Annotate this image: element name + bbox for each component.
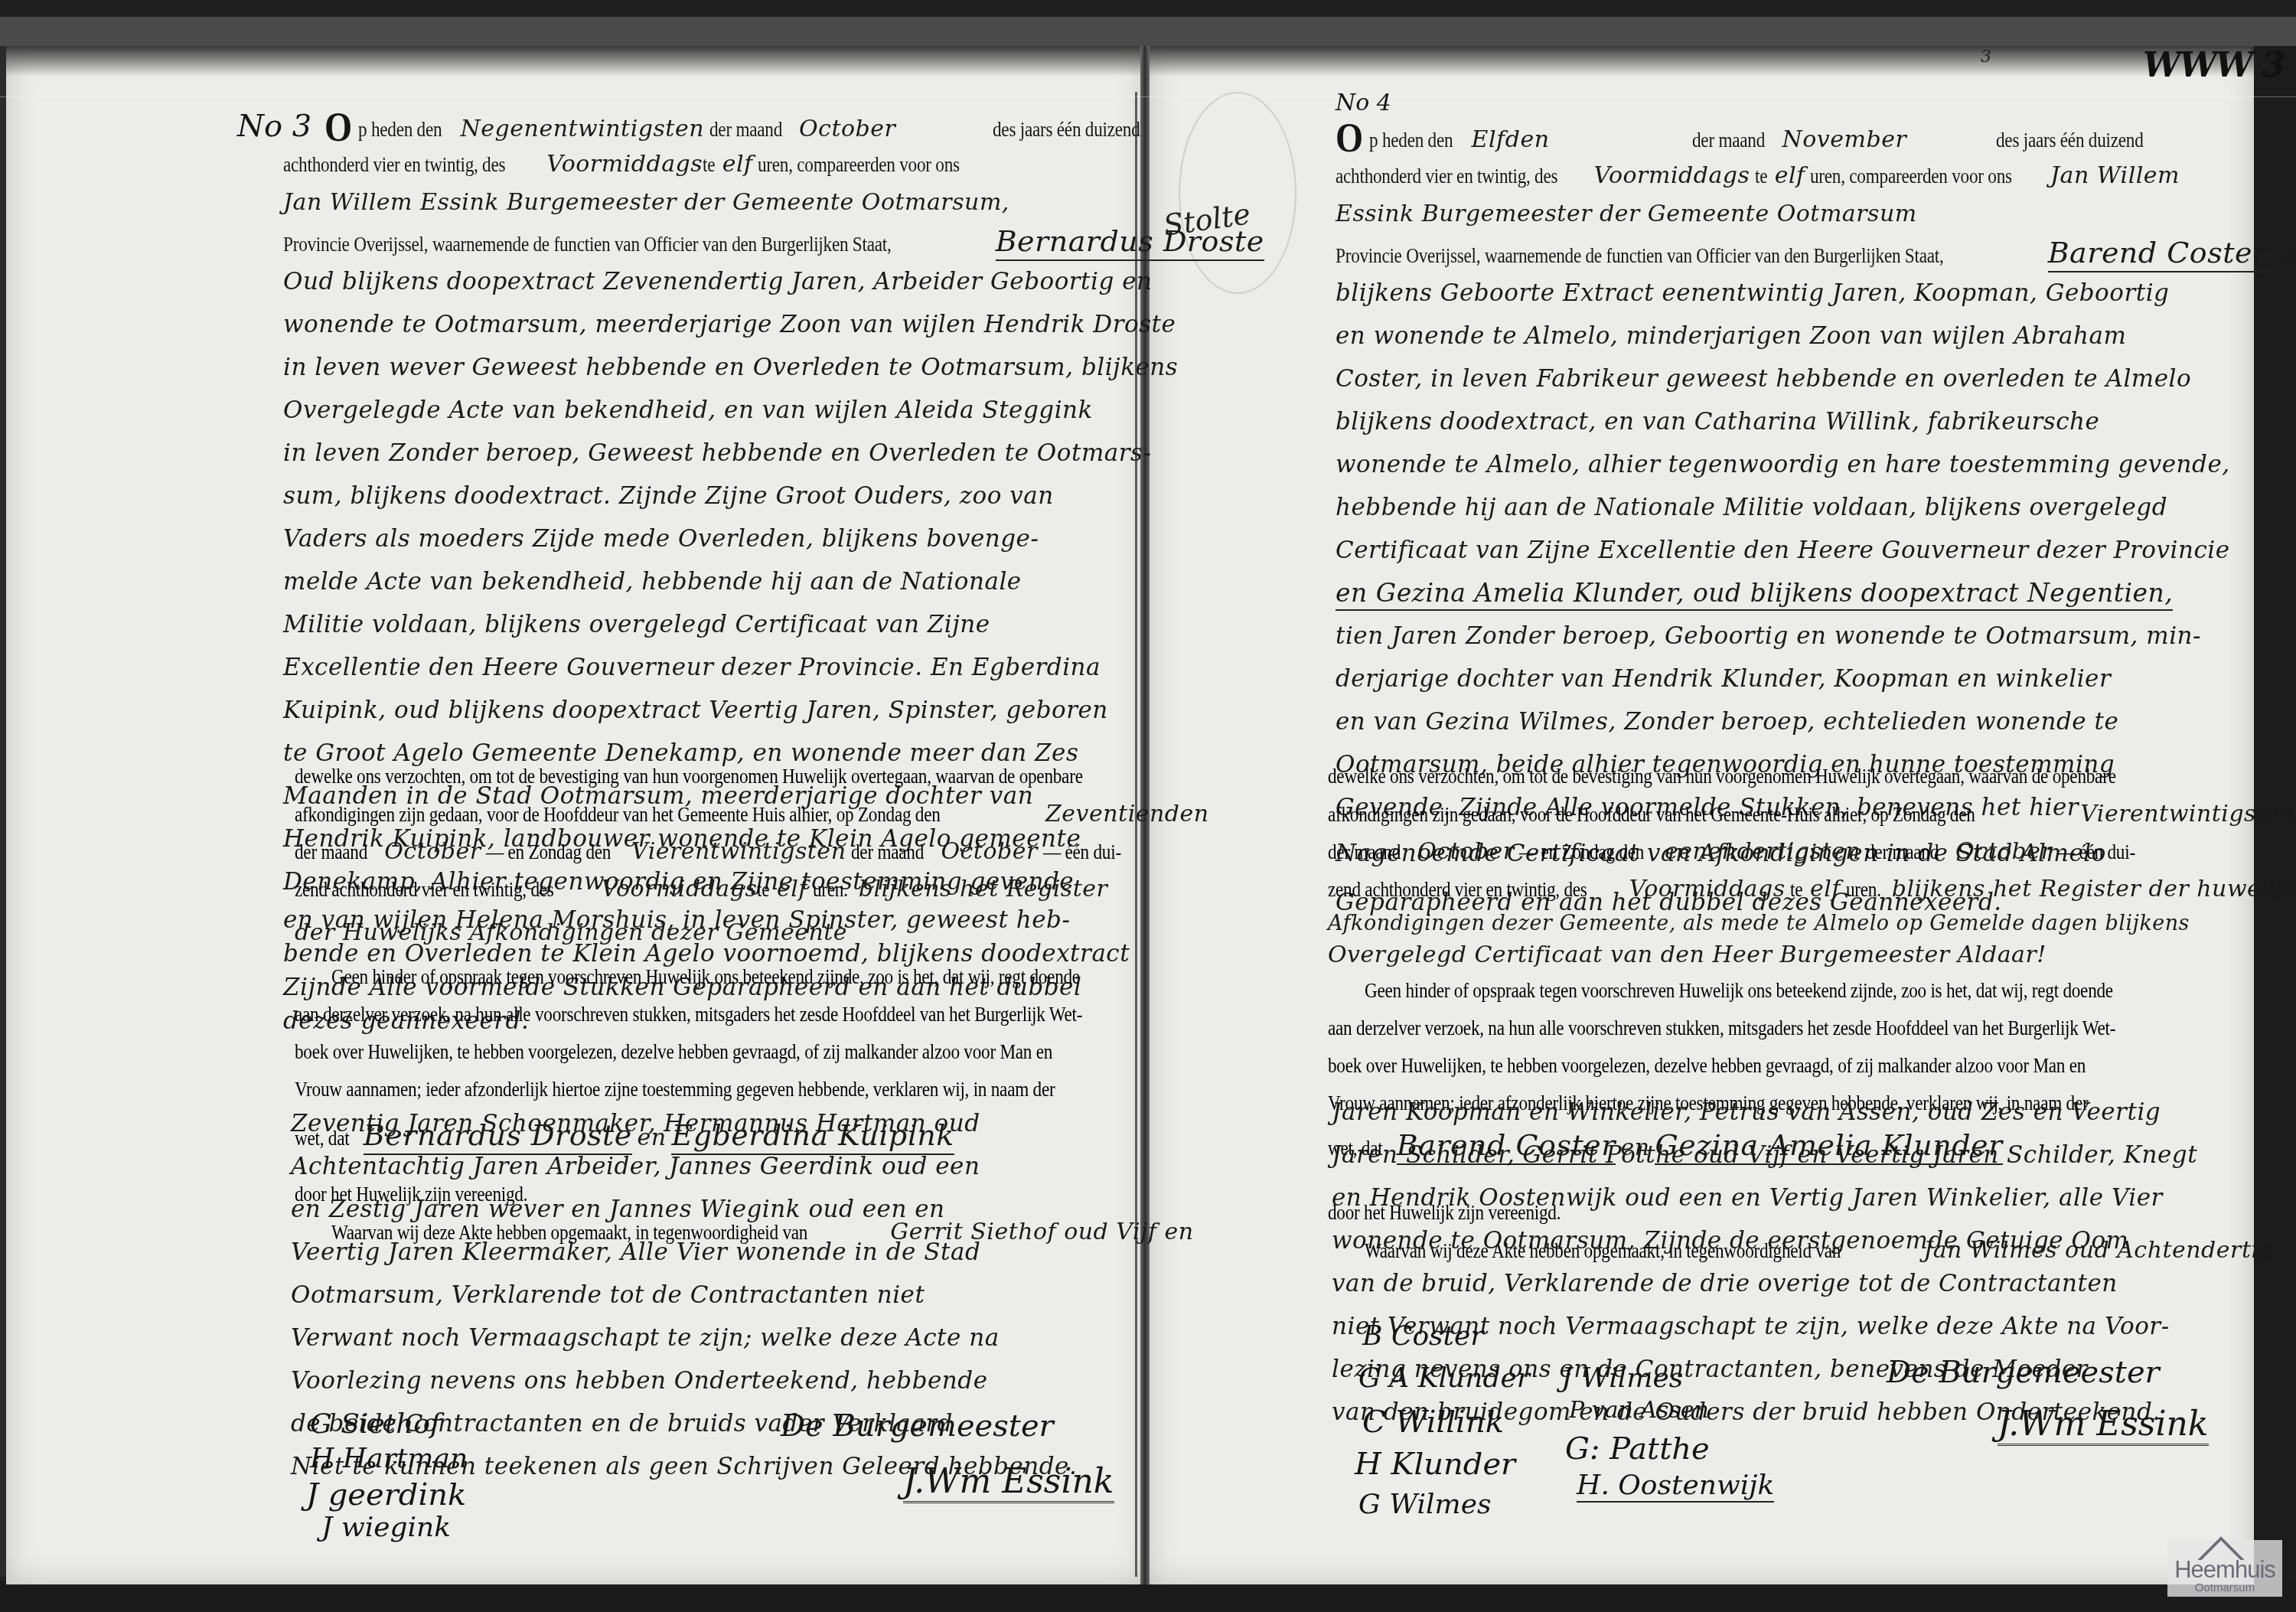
handwritten-date: Zeventienden (1045, 801, 1209, 827)
handwritten-text: Afkondigingen dezer Gemeente, als mede t… (1328, 912, 2190, 935)
embossed-seal (1179, 92, 1296, 294)
printed-text: boek over Huwelijken, te hebben voorgele… (1328, 1047, 2086, 1085)
bottom-scan-edge (0, 1581, 2296, 1612)
printed-text: dewelke ons verzochten, om tot de bevest… (295, 758, 1083, 795)
handwritten-month: October (1417, 838, 1514, 865)
handwritten-month: October (941, 838, 1037, 865)
handwritten-line: Voorlezing nevens ons hebben Onderteeken… (291, 1367, 988, 1395)
handwritten-month: November (1782, 126, 1907, 153)
official-title: De Burgemeester (1887, 1355, 2160, 1390)
handwritten-daypart: Voormiddags (1629, 876, 1786, 902)
handwritten-daypart: Voormiddags (1594, 162, 1750, 189)
printed-text: afkondigingen zijn gedaan, voor de Hoofd… (1328, 796, 1975, 834)
handwritten-daypart: Voormiddags (546, 151, 703, 178)
torn-edge (1148, 46, 2254, 77)
signature: G A Klunder (1358, 1362, 1530, 1394)
act-number-line: No 4 (1336, 88, 2216, 119)
printed-text: — één dui- (2057, 834, 2135, 871)
printed-text: Geen hinder of opspraak tegen voorschrev… (1365, 972, 2113, 1010)
printed-text: der maand (1328, 834, 1401, 871)
printed-text: Provincie Overijssel, waarnemende de fun… (283, 225, 892, 263)
printed-text: p heden den (1369, 121, 1453, 159)
handwritten-line: Zeventig Jaren Schoenmaker, Hermannus Ha… (291, 1110, 980, 1137)
printed-text: te (757, 871, 769, 909)
handwritten-hour: elf (722, 151, 753, 178)
act-line: Provincie Overijssel, waarnemende de fun… (283, 222, 1133, 260)
printed-text: der maand (1692, 121, 1765, 159)
printed-text: te (1790, 871, 1802, 909)
act-number: No 3 (237, 109, 311, 144)
printed-text: aan derzelver verzoek, na hun alle voors… (295, 996, 1082, 1033)
handwritten-line: wonende te Ootmarsum, Zijnde de eerstgen… (1332, 1227, 2128, 1255)
handwritten-text: blijkens het Register der huwelijks (1892, 876, 2296, 902)
handwritten-line: blijkens Geboorte Extract eenentwintig J… (1336, 279, 2169, 307)
heemhuis-watermark: Heemhuis Ootmarsum (2167, 1540, 2282, 1597)
handwritten-line: Kuipink, oud blijkens doopextract Veerti… (283, 697, 1108, 724)
handwritten-line: Certificaat van Zijne Excellentie den He… (1336, 537, 2230, 564)
printed-text: Geen hinder of opspraak tegen voorschrev… (331, 958, 1080, 996)
printed-text: des jaars één duizend (993, 110, 1140, 148)
printed-text: aan derzelver verzoek, na hun alle voors… (1328, 1010, 2115, 1047)
printed-text: der maand (851, 834, 924, 871)
handwritten-line: derjarige dochter van Hendrik Klunder, K… (1336, 665, 2111, 693)
handwritten-hour: elf (1810, 876, 1841, 902)
printed-text: zend achthonderd vier en twintig, des (295, 871, 554, 909)
handwritten-text: blijkens het Register (859, 876, 1108, 902)
handwritten-line: tien Jaren Zonder beroep, Geboortig en w… (1336, 622, 2201, 650)
printed-text: der maand (295, 834, 367, 871)
signature: H Klunder (1355, 1447, 1515, 1482)
scanner-top-band (0, 17, 2296, 47)
handwritten-day: Elfden (1472, 126, 1550, 153)
handwritten-line: Verwant noch Vermaagschapt te zijn; welk… (291, 1324, 1000, 1352)
handwritten-official: Essink Burgemeester der Gemeente Ootmars… (1336, 201, 1917, 227)
official-signature: J.Wm Essink (903, 1462, 1114, 1503)
printed-text: achthonderd vier en twintig, des (1336, 157, 1557, 195)
right-scan-edge (2254, 46, 2296, 1612)
printed-text: — één dui- (1043, 834, 1121, 871)
printed-text: afkondigingen zijn gedaan, voor de Hoofd… (295, 796, 941, 834)
handwritten-line: hebbende hij aan de Nationale Militie vo… (1336, 494, 2167, 521)
folio-number: WWW 3 (2143, 46, 2284, 85)
act-line: Essink Burgemeester der Gemeente Ootmars… (1336, 195, 2216, 233)
printed-text: uren, compareerden voor ons (1810, 157, 2012, 195)
handwritten-month: October (799, 116, 895, 142)
act-line: Provincie Overijssel, waarnemende de fun… (1336, 233, 2216, 272)
handwritten-line: Jaren Schilder, Gerrit Potthe oud Vijf e… (1332, 1141, 2197, 1169)
act-line: achthonderd vier en twintig, des Voormid… (283, 145, 1133, 184)
printed-text: der maand (709, 110, 782, 148)
printed-text: des jaars één duizend (1996, 121, 2144, 159)
handwritten-text: Overgelegd Certificaat van den Heer Burg… (1328, 941, 2047, 968)
handwritten-line: in leven Zonder beroep, Geweest hebbende… (283, 439, 1151, 467)
handwritten-line: Jaren Koopman en Winkelier, Petrus van A… (1332, 1098, 2161, 1126)
handwritten-line: en Zestig Jaren wever en Jannes Wiegink … (291, 1196, 945, 1223)
handwritten-line: en van Gezina Wilmes, Zonder beroep, ech… (1336, 708, 2118, 736)
printed-text: — en Zondag den (486, 834, 611, 871)
dropcap: O (1336, 119, 1363, 157)
printed-text: zend achthonderd vier en twintig, des (1328, 871, 1587, 909)
printed-text: uren. (813, 871, 848, 909)
handwritten-official: Jan Willem (2050, 162, 2180, 189)
handwritten-line: melde Acte van bekendheid, hebbende hij … (283, 568, 1022, 596)
handwritten-official: Jan Willem Essink Burgemeester der Gemee… (283, 189, 1009, 216)
handwritten-line: Oud blijkens doopextract Zevenendertig J… (283, 268, 1153, 295)
printed-text: der maand (1866, 834, 1939, 871)
handwritten-line: van de bruid, Verklarende de drie overig… (1332, 1270, 2118, 1297)
official-signature: J.Wm Essink (1998, 1405, 2209, 1446)
signature: G Siethof (310, 1408, 440, 1440)
signature: H. Oostenwijk (1577, 1470, 1774, 1503)
handwritten-month: October (1955, 838, 2052, 865)
groom-name: Barend Coster (2048, 236, 2267, 272)
folio-digit: 3 (2262, 46, 2285, 85)
handwritten-hour: elf (1775, 162, 1805, 189)
handwritten-line-bride: en Gezina Amelia Klunder, oud blijkens d… (1336, 578, 2173, 611)
handwritten-month: October (384, 838, 481, 865)
signature: P van Assen (1569, 1397, 1709, 1424)
act-heading-line: Op heden den Elfden der maand November d… (1336, 119, 2216, 157)
handwritten-line: Vaders als moeders Zijde mede Overleden,… (283, 525, 1039, 553)
act-heading-line: No 3 Op heden den Negenentwintigsten der… (237, 107, 1133, 145)
handwritten-line: in leven wever Geweest hebbende en Overl… (283, 354, 1178, 381)
handwritten-line: Achtentachtig Jaren Arbeider, Jannes Gee… (291, 1153, 980, 1180)
handwritten-line: Militie voldaan, blijkens overgelegd Cer… (283, 611, 990, 638)
handwritten-line: wonende te Almelo, alhier tegenwoordig e… (1336, 451, 2230, 478)
printed-text: uren, compareerden voor ons (758, 145, 960, 184)
handwritten-line: wonende te Ootmarsum, meerderjarige Zoon… (283, 311, 1176, 338)
handwritten-line: en wonende te Almelo, minderjarigen Zoon… (1336, 322, 2126, 350)
signature: J Wilmes (1561, 1362, 1683, 1394)
printed-text: te (703, 145, 715, 184)
handwritten-date: eenendertigsten (1665, 838, 1861, 865)
watermark-subtitle: Ootmarsum (2195, 1581, 2255, 1595)
printed-text: te (1755, 157, 1767, 195)
handwritten-hour: elf (777, 876, 807, 902)
signature: G Wilmes (1358, 1489, 1492, 1520)
signature: H Hartman (310, 1443, 468, 1474)
printed-text: achthonderd vier en twintig, des (283, 145, 505, 184)
signature: J geerdink (306, 1477, 466, 1512)
handwritten-line: blijkens doodextract, en van Catharina W… (1336, 408, 2099, 436)
groom-name: Bernardus Droste (996, 224, 1264, 261)
printed-text: Provincie Overijssel, waarnemende de fun… (1336, 237, 1944, 275)
act-number: No 4 (1336, 90, 1391, 116)
printed-text: boek over Huwelijken, te hebben voorgele… (295, 1033, 1052, 1071)
handwritten-line: Overgelegde Acte van bekendheid, en van … (283, 396, 1093, 424)
signature: C Willink (1362, 1405, 1504, 1440)
handwritten-date: Vierentwintigsten (631, 838, 846, 865)
signature: B Coster (1362, 1320, 1484, 1352)
printed-text: uren. (1846, 871, 1881, 909)
torn-edge (6, 46, 1146, 77)
signature: J wiegink (321, 1512, 451, 1543)
folio-small-number: 3 (1981, 47, 1991, 67)
handwritten-daypart: Voormiddags (602, 876, 758, 902)
handwritten-line: Ootmarsum, Verklarende tot de Contractan… (291, 1281, 925, 1309)
handwritten-text: , oud (2267, 242, 2296, 269)
handwritten-line: Veertig Jaren Kleermaker, Alle Vier wone… (291, 1238, 980, 1266)
handwritten-line: sum, blijkens doodextract. Zijnde Zijne … (283, 482, 1054, 510)
official-title: De Burgemeester (781, 1408, 1054, 1444)
handwritten-day: Negenentwintigsten (461, 116, 704, 142)
handwritten-line: Excellentie den Heere Gouverneur dezer P… (283, 654, 1101, 681)
handwritten-text: der Huwelijks Afkondigingen dezer Gemeen… (295, 919, 847, 946)
handwritten-date: Vierentwintigsten (2080, 801, 2294, 827)
act-line: Jan Willem Essink Burgemeester der Gemee… (283, 184, 1133, 222)
dropcap: O (325, 108, 352, 146)
printed-text: dewelke ons verzochten, om tot de bevest… (1328, 758, 2116, 795)
printed-text: p heden den (358, 110, 442, 148)
act-line: achthonderd vier en twintig, desVoormidd… (1336, 157, 2216, 195)
folio-scribble: WWW (2143, 46, 2252, 85)
watermark-name: Heemhuis (2174, 1558, 2275, 1581)
signature: G: Patthe (1565, 1431, 1710, 1467)
handwritten-line: Coster, in leven Fabrikeur geweest hebbe… (1336, 365, 2191, 393)
printed-text: — en Zondag den (1519, 834, 1644, 871)
handwritten-line: en Hendrik Oostenwijk oud een en Vertig … (1332, 1184, 2163, 1212)
